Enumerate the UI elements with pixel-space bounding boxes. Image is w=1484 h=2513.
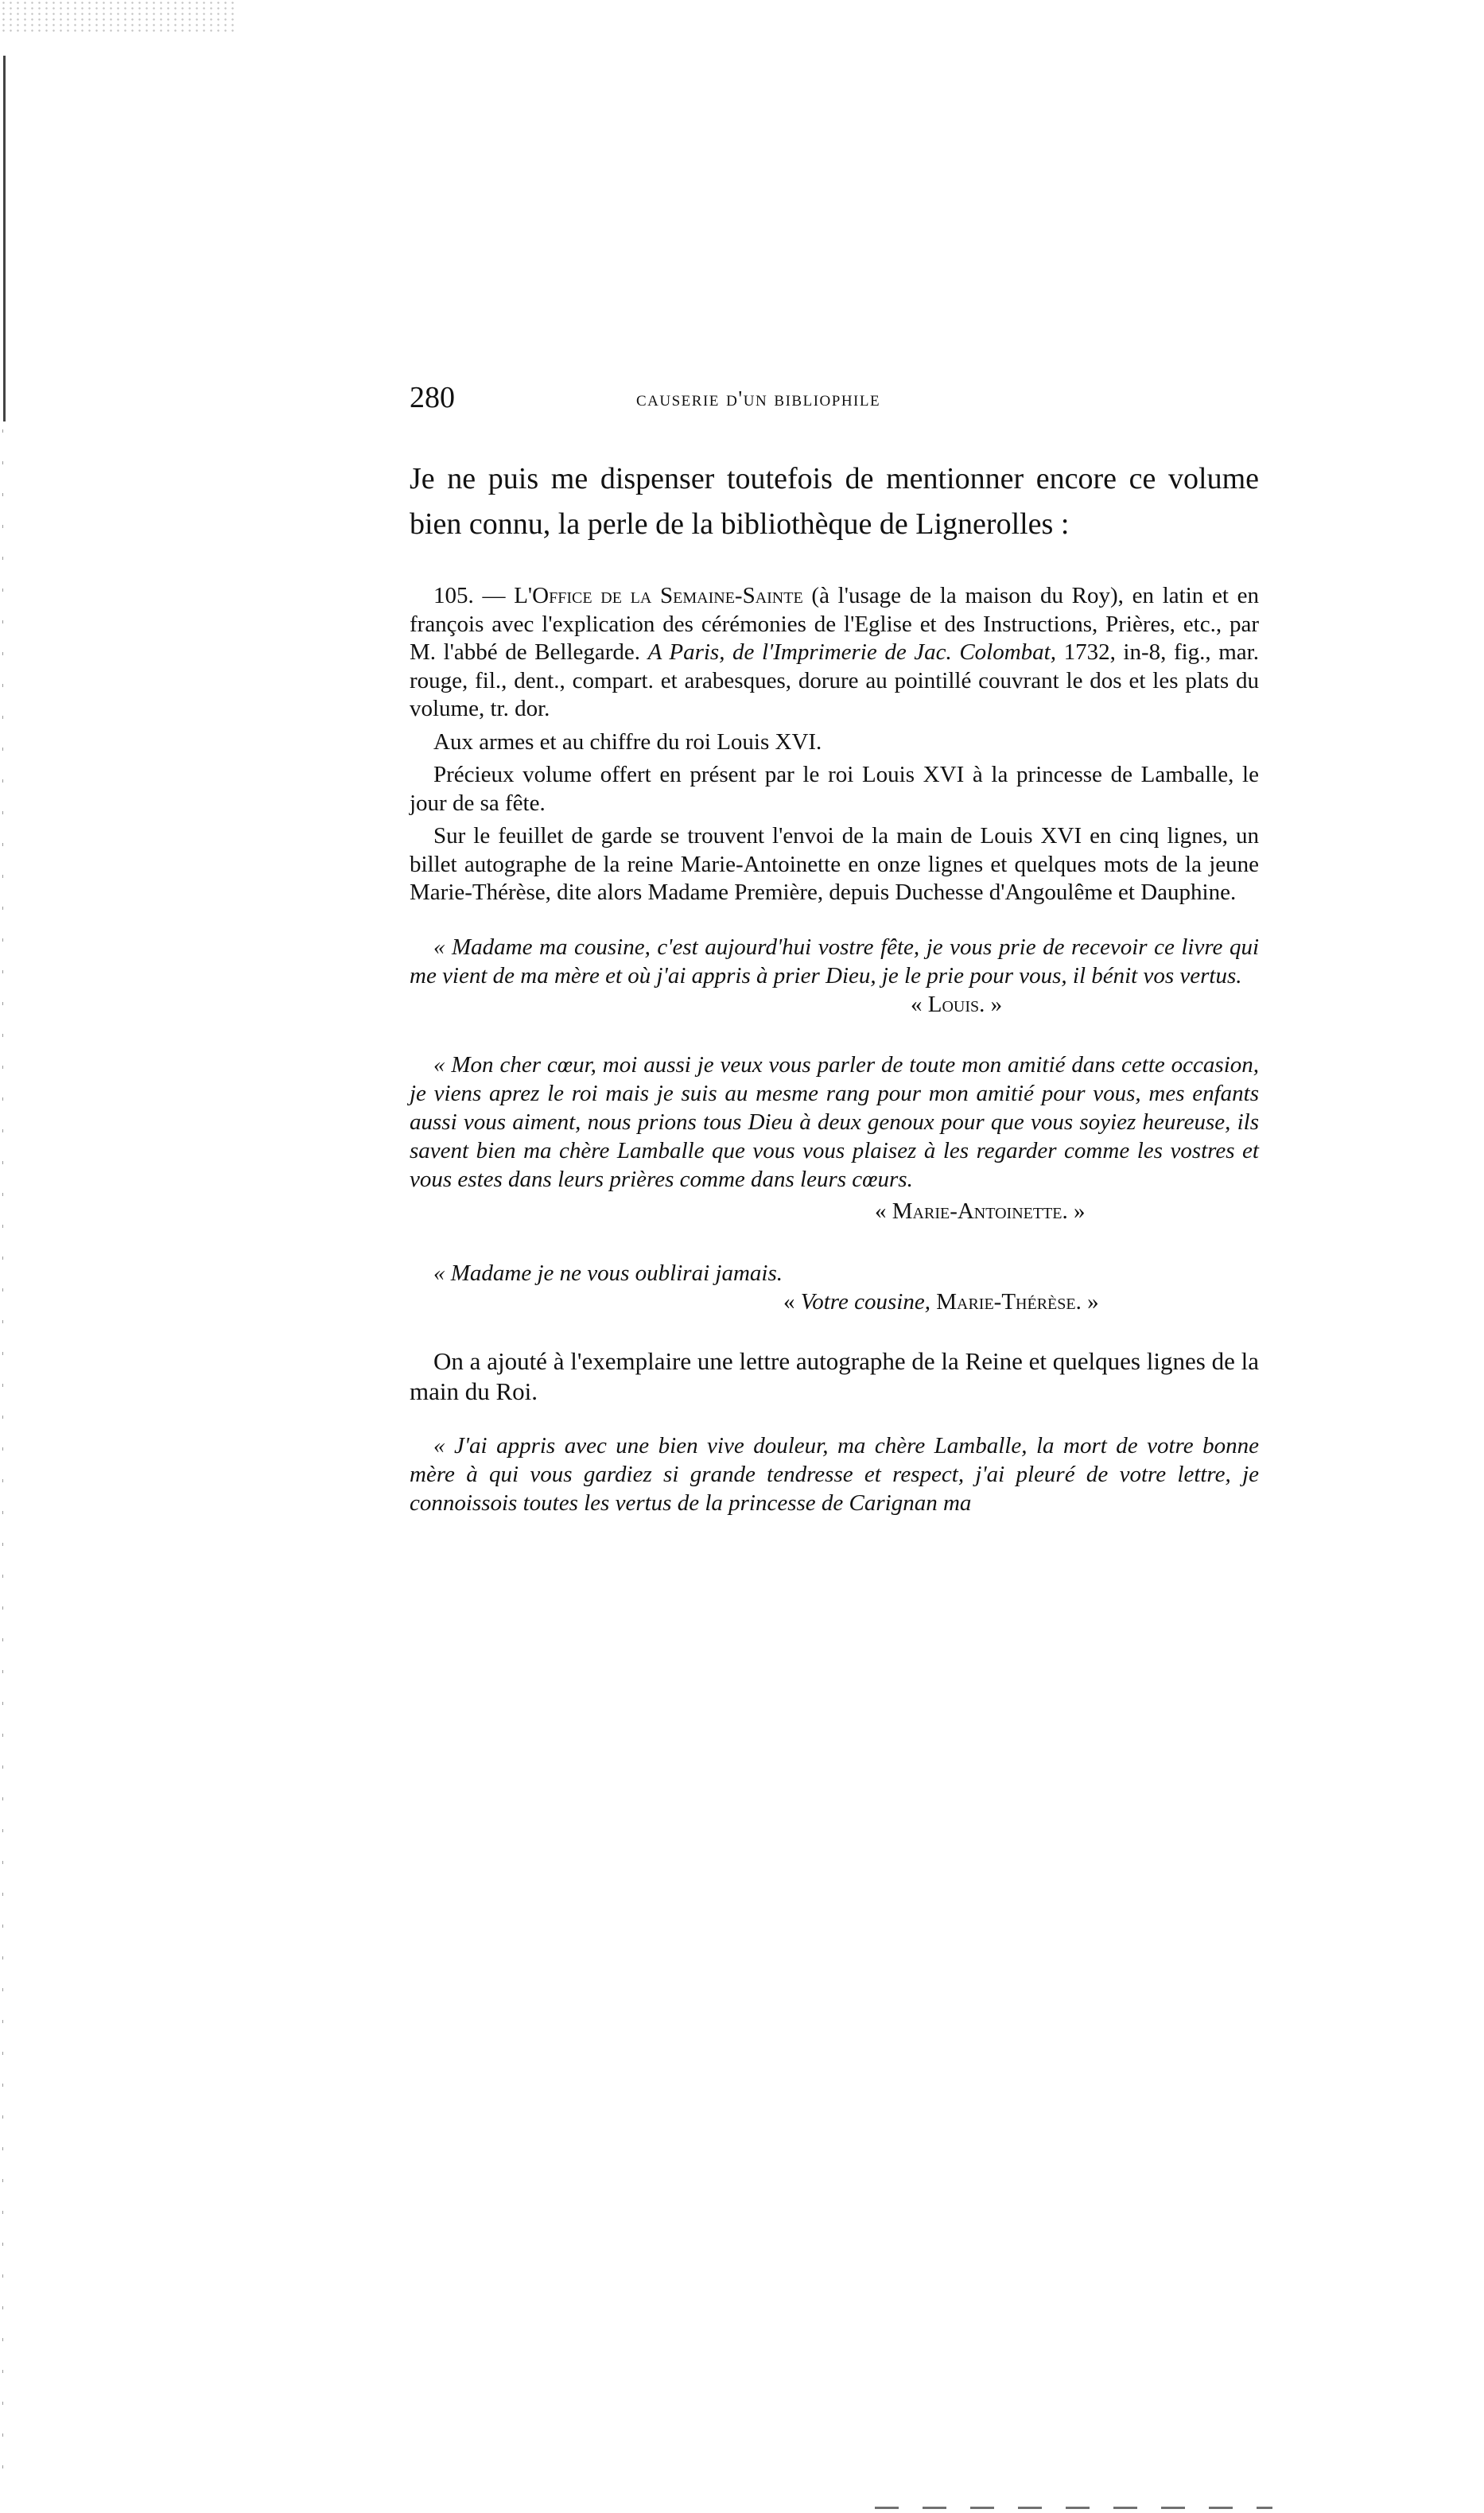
- letter-queen-fragment: « J'ai appris avec une bien vive douleur…: [410, 1431, 1259, 1517]
- letter-signature: « Marie-Antoinette. »: [410, 1197, 1259, 1225]
- entry-number: 105.: [433, 583, 474, 608]
- letter-marie-therese: « Madame je ne vous oublirai jamais. « V…: [410, 1259, 1259, 1316]
- quote-open: «: [875, 1198, 892, 1224]
- letter-marie-antoinette: « Mon cher cœur, moi aussi je veux vous …: [410, 1051, 1259, 1225]
- entry-title: L'Office de la Semaine-Sainte: [514, 583, 803, 608]
- quote-close: »: [1082, 1289, 1099, 1315]
- page-number: 280: [410, 380, 455, 415]
- entry-imprint: A Paris, de l'Imprimerie de Jac. Colomba…: [648, 639, 1056, 665]
- scan-noise-top: [0, 0, 239, 32]
- scan-noise-bottom: [875, 2507, 1272, 2509]
- scan-binding-edge-dotted: [2, 429, 3, 2497]
- entry-dash: —: [474, 583, 514, 608]
- letter-signature: « Votre cousine, Marie-Thérèse. »: [410, 1288, 1259, 1316]
- signature-name: Marie-Thérèse.: [936, 1289, 1082, 1315]
- lead-paragraph: Je ne puis me dispenser toutefois de men…: [410, 456, 1259, 547]
- scan-binding-edge: [3, 56, 6, 421]
- letter-text: « J'ai appris avec une bien vive douleur…: [410, 1431, 1259, 1517]
- entry-note: Précieux volume offert en présent par le…: [410, 761, 1259, 818]
- quote-close: »: [1068, 1198, 1086, 1224]
- book-page: 280 CAUSERIE D'UN BIBLIOPHILE Je ne puis…: [410, 380, 1259, 1517]
- running-head: 280 CAUSERIE D'UN BIBLIOPHILE: [410, 380, 1259, 428]
- running-title: CAUSERIE D'UN BIBLIOPHILE: [636, 386, 880, 411]
- letter-text: « Madame ma cousine, c'est aujourd'hui v…: [410, 933, 1259, 990]
- letter-signature: « Louis. »: [410, 990, 1259, 1019]
- letter-louis: « Madame ma cousine, c'est aujourd'hui v…: [410, 933, 1259, 1019]
- signature-name: Louis.: [928, 992, 985, 1017]
- letter-text: « Madame je ne vous oublirai jamais.: [410, 1259, 1259, 1288]
- quote-open: «: [911, 992, 928, 1017]
- entry-note: Sur le feuillet de garde se trouvent l'e…: [410, 822, 1259, 907]
- signature-name: Marie-Antoinette.: [892, 1198, 1068, 1224]
- closing-paragraph: On a ajouté à l'exemplaire une lettre au…: [410, 1346, 1259, 1407]
- catalogue-entry: 105. — L'Office de la Semaine-Sainte (à …: [410, 582, 1259, 907]
- quote-open: «: [783, 1289, 801, 1315]
- quote-close: »: [985, 992, 1002, 1017]
- entry-note: Aux armes et au chiffre du roi Louis XVI…: [410, 728, 1259, 757]
- entry-description: 105. — L'Office de la Semaine-Sainte (à …: [410, 582, 1259, 724]
- signature-salutation: Votre cousine,: [801, 1289, 936, 1315]
- letter-text: « Mon cher cœur, moi aussi je veux vous …: [410, 1051, 1259, 1194]
